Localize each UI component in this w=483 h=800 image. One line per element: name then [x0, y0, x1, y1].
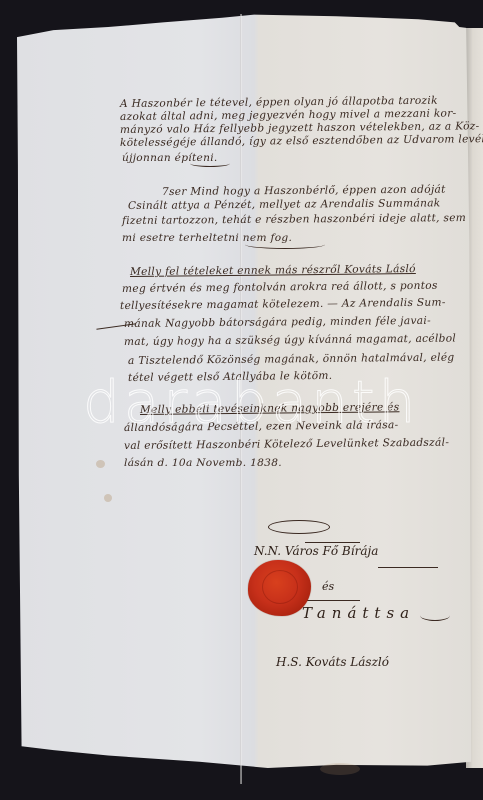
signature-name: H.S. Kováts László: [276, 655, 389, 669]
manuscript-line: Melly ebbeli tevéseinknek nagyobb erejér…: [140, 401, 400, 416]
manuscript-text: A Haszonbér le tétevel, éppen olyan jó á…: [0, 0, 483, 800]
manuscript-line: Csinált attya a Pénzét, mellyet az Arend…: [128, 197, 441, 212]
pen-flourish: [190, 160, 230, 167]
manuscript-line: fizetni tartozzon, tehát e részben haszo…: [122, 212, 466, 227]
signature-flourish: [268, 520, 330, 534]
signature-title: N.N. Város Fő Bírája: [254, 544, 378, 558]
manuscript-line: lásán d. 10a Novemb. 1838.: [124, 457, 282, 469]
manuscript-line: Melly fel tételeket ennek más részről Ko…: [130, 263, 416, 278]
manuscript-line: mat, úgy hogy ha a szükség úgy kívánná m…: [124, 333, 456, 348]
signature-conjunction: és: [322, 580, 334, 593]
manuscript-line: kötelességéje állandó, így az első eszte…: [120, 133, 483, 149]
manuscript-line: tellyesítésekre magamat kötelezem. — Az …: [120, 297, 446, 312]
manuscript-line: val erősített Haszonbéri Kötelező Levelü…: [124, 437, 449, 452]
manuscript-line: mának Nagyobb bátorságára pedig, minden …: [124, 315, 431, 330]
pen-flourish: [305, 540, 360, 543]
pen-flourish: [378, 565, 438, 568]
pen-flourish: [420, 610, 450, 621]
pen-flourish: [245, 240, 325, 249]
manuscript-line: a Tisztelendő Közönség magának, önnön ha…: [128, 352, 455, 367]
manuscript-line: tétel végett első Atallyába le kötöm.: [128, 370, 333, 384]
seal-emboss: [262, 570, 298, 604]
red-wax-seal: [248, 560, 311, 616]
pen-flourish: [300, 598, 360, 601]
document-photo: A Haszonbér le tétevel, éppen olyan jó á…: [0, 0, 483, 800]
manuscript-line: 7ser Mind hogy a Haszonbérlő, éppen azon…: [162, 184, 446, 198]
manuscript-line: meg értvén és meg fontolván arokra reá á…: [122, 280, 438, 295]
manuscript-line: állandóságára Pecséttel, ezen Neveink al…: [124, 419, 399, 434]
signature-council: Tanáttsa: [302, 604, 415, 622]
